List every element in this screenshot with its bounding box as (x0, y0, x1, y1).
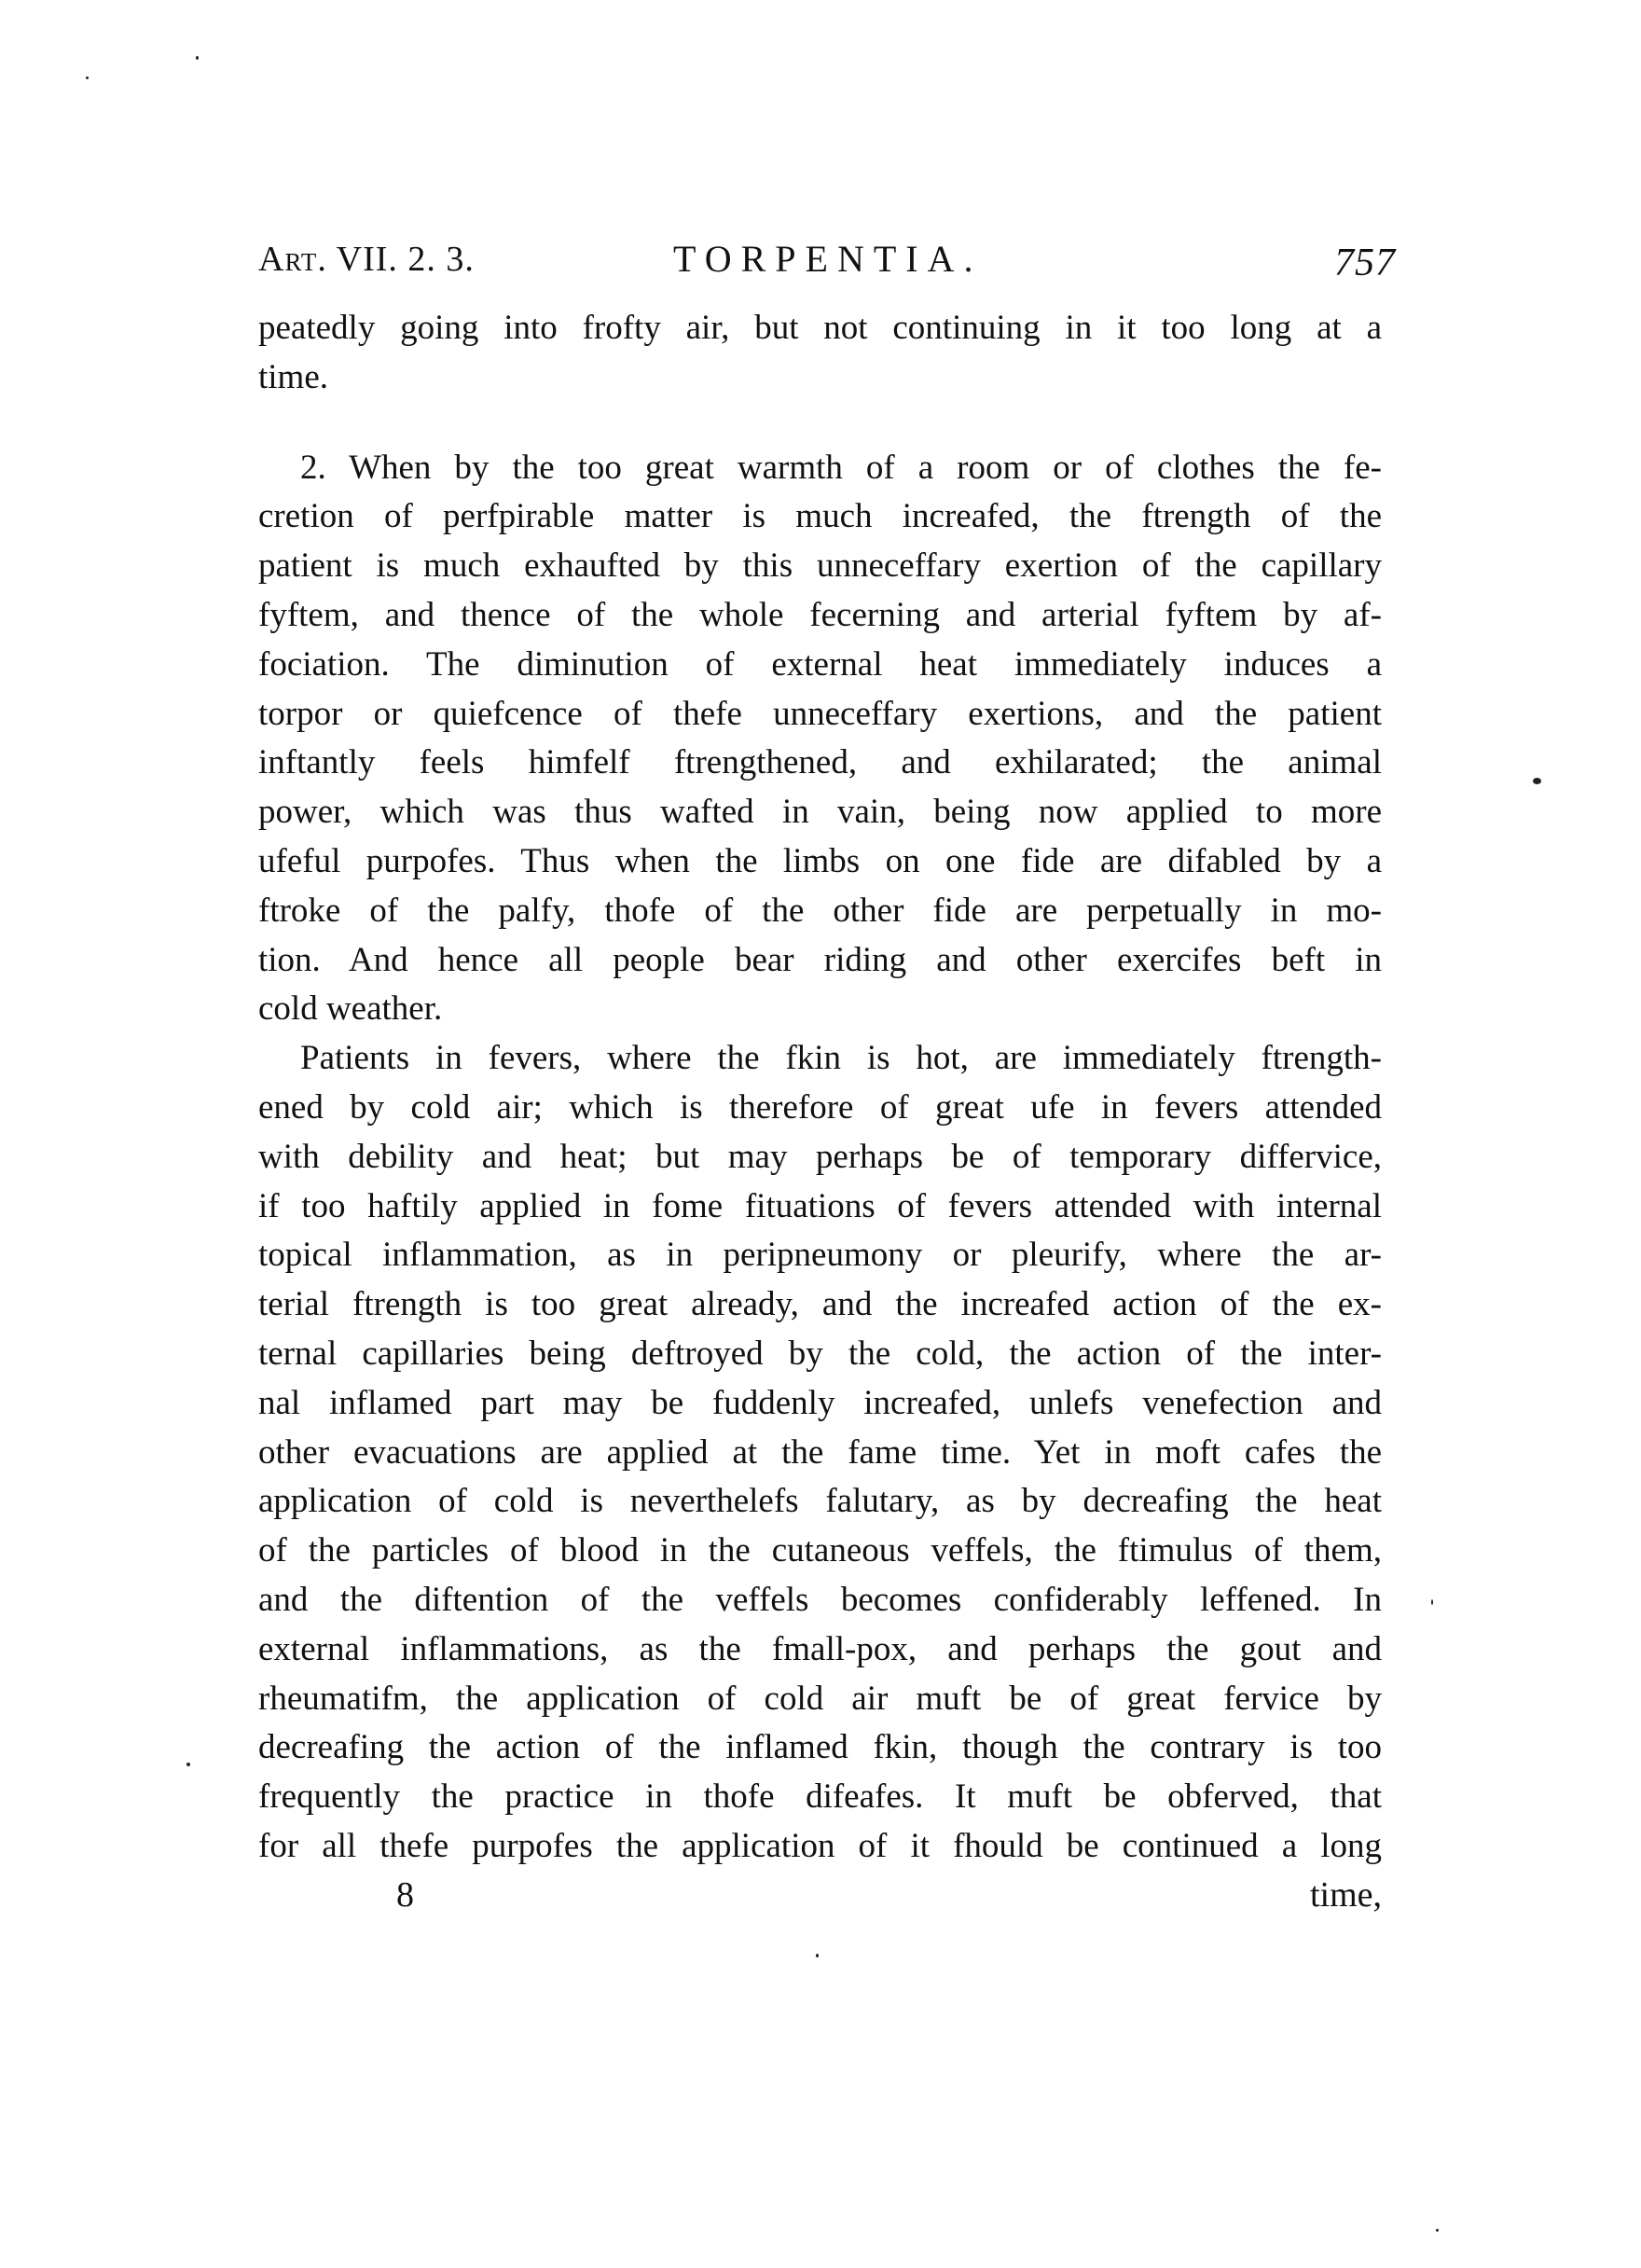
text-line: fyftem, and thence of the whole fecernin… (258, 591, 1382, 641)
scan-speck (1533, 778, 1541, 784)
scan-speck (1431, 1599, 1433, 1605)
page-number: 757 (1334, 241, 1396, 285)
signature-mark: 8 (396, 1874, 414, 1915)
text-line: terial ftrength is too great already, an… (258, 1280, 1382, 1330)
article-reference: Art. VII. 2. 3. (258, 239, 475, 280)
paragraph-gap (258, 403, 1382, 444)
text-line: other evacuations are applied at the fam… (258, 1429, 1382, 1478)
text-line: peatedly going into frofty air, but not … (258, 304, 1382, 353)
text-line: ftroke of the palfy, thofe of the other … (258, 887, 1382, 936)
scan-speck (186, 1763, 190, 1766)
scan-speck (196, 56, 199, 60)
text-line: if too haftily applied in fome fituation… (258, 1182, 1382, 1232)
text-line: ened by cold air; which is therefore of … (258, 1084, 1382, 1133)
scan-speck (86, 76, 89, 79)
text-line: with debility and heat; but may perhaps … (258, 1133, 1382, 1182)
text-line: cretion of perfpirable matter is much in… (258, 492, 1382, 542)
body-text: peatedly going into frofty air, but not … (258, 304, 1382, 1872)
text-line: time. (258, 353, 1382, 403)
text-line: torpor or quiefcence of thefe unneceffar… (258, 690, 1382, 740)
catchword: time, (1310, 1874, 1382, 1915)
text-line: Patients in fevers, where the fkin is ho… (258, 1034, 1382, 1084)
text-line: of the particles of blood in the cutaneo… (258, 1527, 1382, 1576)
scan-speck (816, 1954, 819, 1957)
text-line: decreafing the action of the inflamed fk… (258, 1723, 1382, 1773)
text-line: fociation. The diminution of external he… (258, 641, 1382, 690)
text-line: for all thefe purpofes the application o… (258, 1822, 1382, 1872)
text-line: external inflammations, as the fmall-pox… (258, 1625, 1382, 1675)
text-line: power, which was thus wafted in vain, be… (258, 788, 1382, 837)
scan-speck (1436, 2229, 1439, 2232)
text-line: inftantly feels himfelf ftrengthened, an… (258, 739, 1382, 788)
text-line: frequently the practice in thofe difeafe… (258, 1773, 1382, 1822)
page-footer: 8 time, (258, 1874, 1382, 1921)
section-title: TORPENTIA. (673, 237, 982, 281)
text-line: rheumatifm, the application of cold air … (258, 1675, 1382, 1724)
paragraph-patients-in-fevers: Patients in fevers, where the fkin is ho… (258, 1034, 1382, 1872)
text-line: topical inflammation, as in peripneumony… (258, 1231, 1382, 1280)
text-line: nal inflamed part may be fuddenly increa… (258, 1379, 1382, 1429)
text-line: 2. When by the too great warmth of a roo… (258, 444, 1382, 493)
paragraph-continuation: peatedly going into frofty air, but not … (258, 304, 1382, 403)
text-line: ternal capillaries being deftroyed by th… (258, 1330, 1382, 1379)
paragraph-section-2: 2. When by the too great warmth of a roo… (258, 444, 1382, 1035)
text-line: and the diftention of the veffels become… (258, 1576, 1382, 1625)
book-page: Art. VII. 2. 3. TORPENTIA. 757 peatedly … (0, 0, 1641, 2268)
text-line: patient is much exhaufted by this unnece… (258, 542, 1382, 591)
text-line: cold weather. (258, 985, 1382, 1034)
text-line: application of cold is neverthelefs falu… (258, 1477, 1382, 1527)
text-line: tion. And hence all people bear riding a… (258, 936, 1382, 986)
running-head: Art. VII. 2. 3. TORPENTIA. 757 (258, 233, 1396, 280)
text-line: ufeful purpofes. Thus when the limbs on … (258, 837, 1382, 887)
